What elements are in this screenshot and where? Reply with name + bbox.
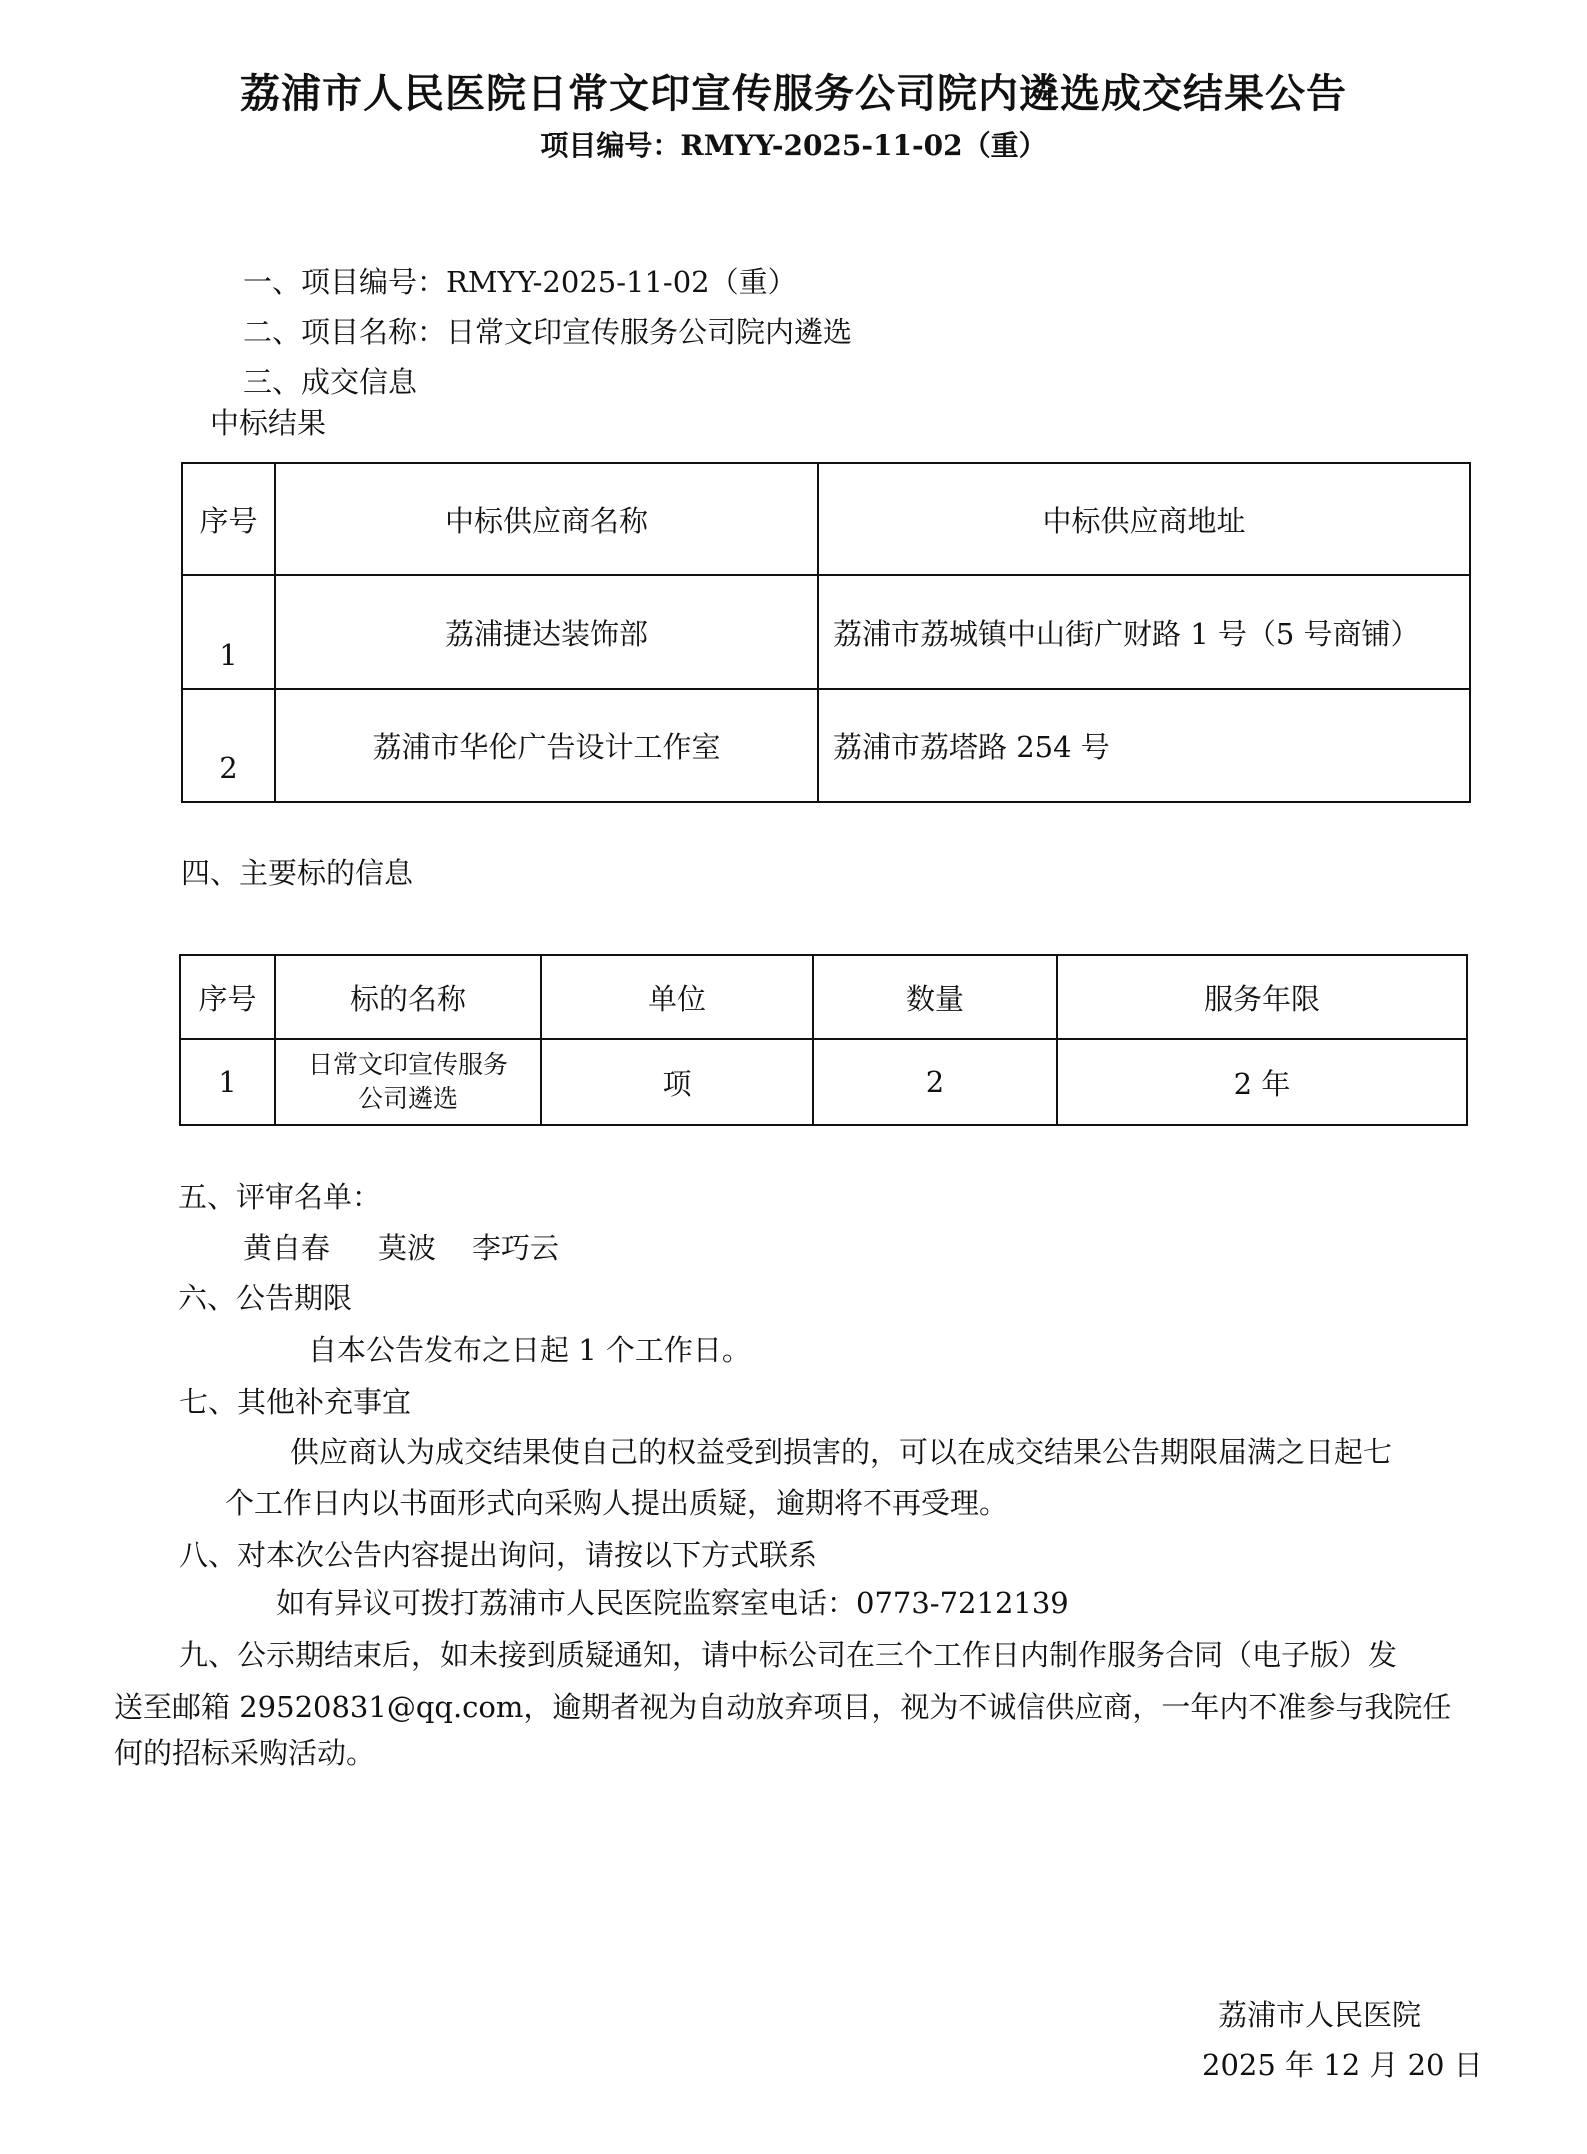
row-index: 1: [180, 1039, 275, 1125]
section-8-heading: 八、对本次公告内容提出询问，请按以下方式联系: [179, 1541, 817, 1570]
section-9-line-2: 送至邮箱 29520831@qq.com，逾期者视为自动放弃项目，视为不诚信供应…: [114, 1693, 1451, 1722]
winners-table: 序号 中标供应商名称 中标供应商地址 1 荔浦捷达装饰部 荔浦市荔城镇中山街广财…: [181, 462, 1471, 803]
document-title: 荔浦市人民医院日常文印宣传服务公司院内遴选成交结果公告: [0, 74, 1587, 114]
header-cell-index: 序号: [180, 955, 275, 1039]
signature-organization: 荔浦市人民医院: [1218, 2001, 1421, 2030]
section-3-heading: 三、成交信息: [243, 368, 417, 397]
section-7-heading: 七、其他补充事宜: [179, 1388, 411, 1417]
item-unit: 项: [541, 1039, 813, 1125]
section-4-heading: 四、主要标的信息: [181, 859, 413, 888]
header-cell-unit: 单位: [541, 955, 813, 1039]
winners-table-header-row: 序号 中标供应商名称 中标供应商地址: [182, 463, 1470, 575]
reviewer-list: 黄自春莫波李巧云: [243, 1234, 559, 1263]
table-row: 1 日常文印宣传服务 公司遴选 项 2 2 年: [180, 1039, 1467, 1125]
header-cell-supplier-address: 中标供应商地址: [818, 463, 1470, 575]
section-9-line-1: 九、公示期结束后，如未接到质疑通知，请中标公司在三个工作日内制作服务合同（电子版…: [179, 1641, 1397, 1670]
supplier-name: 荔浦市华伦广告设计工作室: [275, 689, 818, 802]
item-quantity: 2: [813, 1039, 1057, 1125]
supplier-address: 荔浦市荔塔路 254 号: [818, 689, 1470, 802]
table-row: 2 荔浦市华伦广告设计工作室 荔浦市荔塔路 254 号: [182, 689, 1470, 802]
header-cell-index: 序号: [182, 463, 275, 575]
section-8-body: 如有异议可拨打荔浦市人民医院监察室电话：0773-7212139: [276, 1589, 1069, 1618]
section-5-heading: 五、评审名单：: [178, 1183, 381, 1212]
reviewer-name: 黄自春: [243, 1231, 330, 1265]
table-row: 1 荔浦捷达装饰部 荔浦市荔城镇中山街广财路 1 号（5 号商铺）: [182, 575, 1470, 689]
section-7-body-line-2: 个工作日内以书面形式向采购人提出质疑，逾期将不再受理。: [225, 1489, 1008, 1518]
section-9-line-3: 何的招标采购活动。: [114, 1739, 375, 1768]
section-1-project-number: 一、项目编号：RMYY-2025-11-02（重）: [243, 268, 797, 297]
supplier-name: 荔浦捷达装饰部: [275, 575, 818, 689]
supplier-address: 荔浦市荔城镇中山街广财路 1 号（5 号商铺）: [818, 575, 1470, 689]
item-name-line-1: 日常文印宣传服务: [276, 1048, 540, 1082]
section-2-project-name: 二、项目名称：日常文印宣传服务公司院内遴选: [243, 318, 852, 347]
items-table: 序号 标的名称 单位 数量 服务年限 1 日常文印宣传服务 公司遴选 项 2 2…: [179, 954, 1468, 1126]
item-name: 日常文印宣传服务 公司遴选: [275, 1039, 541, 1125]
items-table-header-row: 序号 标的名称 单位 数量 服务年限: [180, 955, 1467, 1039]
header-cell-service-term: 服务年限: [1057, 955, 1467, 1039]
header-cell-supplier-name: 中标供应商名称: [275, 463, 818, 575]
row-index: 2: [182, 689, 275, 802]
section-6-heading: 六、公告期限: [178, 1284, 352, 1313]
item-name-line-2: 公司遴选: [276, 1082, 540, 1116]
signature-date: 2025 年 12 月 20 日: [1202, 2051, 1483, 2080]
header-cell-item-name: 标的名称: [275, 955, 541, 1039]
item-service-term: 2 年: [1057, 1039, 1467, 1125]
reviewer-name: 李巧云: [472, 1231, 559, 1265]
section-6-body: 自本公告发布之日起 1 个工作日。: [308, 1336, 751, 1365]
reviewer-name: 莫波: [378, 1231, 436, 1265]
section-7-body-line-1: 供应商认为成交结果使自己的权益受到损害的，可以在成交结果公告期限届满之日起七: [290, 1438, 1392, 1467]
project-number-subtitle: 项目编号：RMYY-2025-11-02（重）: [0, 132, 1587, 160]
row-index: 1: [182, 575, 275, 689]
header-cell-quantity: 数量: [813, 955, 1057, 1039]
section-3-subheading: 中标结果: [210, 409, 326, 438]
